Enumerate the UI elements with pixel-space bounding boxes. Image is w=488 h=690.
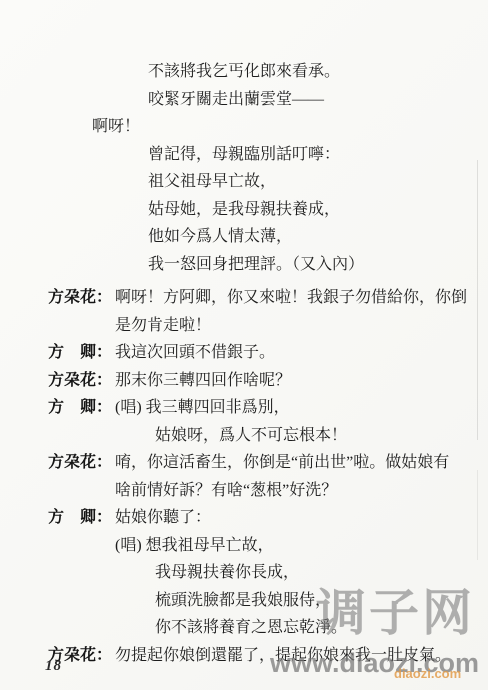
dialogue-text: 唷，你這活畜生，你倒是“前出世”啦。做姑娘有 [115, 449, 488, 477]
verse-line: 祖父祖母早亡故， [0, 168, 488, 196]
speaker-label: 方 卿： [48, 339, 115, 367]
watermark-brand-logo: 调子网 [316, 586, 475, 641]
script-line-speaker: 方朶花：唷，你這活畜生，你倒是“前出世”啦。做姑娘有 [0, 449, 488, 477]
dialogue-text: (唱) 我三轉四回非爲別， [115, 394, 488, 422]
script-line-speaker: 方朶花：那末你三轉四回作啥呢？ [0, 367, 488, 395]
verse-line: 姑母她，是我母親扶養成， [0, 196, 488, 224]
script-text-block: 不該將我乞丐化郎來看承。咬緊牙關走出蘭雲堂——啊呀！曾記得，母親臨別話叮嚀：祖父… [0, 58, 488, 669]
speaker-label: 方 卿： [48, 504, 115, 532]
verse-line: 曾記得，母親臨別話叮嚀： [0, 141, 488, 169]
continuation-line: 是勿肯走啦！ [0, 312, 488, 340]
speaker-label: 方朶花： [48, 284, 115, 312]
continuation-line: 我母親扶養你長成， [0, 559, 488, 587]
watermark-small-text: diaozi.com [394, 666, 461, 681]
script-line-speaker: 方 卿：姑娘你聽了： [0, 504, 488, 532]
speaker-label: 方 卿： [48, 394, 115, 422]
continuation-line: (唱) 想我祖母早亡故， [0, 532, 488, 560]
speaker-label: 方朶花： [48, 367, 115, 395]
dialogue-text: 啊呀！方阿卿，你又來啦！我銀子勿借給你，你倒 [115, 284, 488, 312]
dialogue-text: 姑娘你聽了： [115, 504, 488, 532]
continuation-line: 姑娘呀，爲人不可忘根本！ [0, 422, 488, 450]
dialogue-text: 我這次回頭不借銀子。 [115, 339, 488, 367]
scanned-book-page: 不該將我乞丐化郎來看承。咬緊牙關走出蘭雲堂——啊呀！曾記得，母親臨別話叮嚀：祖父… [0, 0, 488, 690]
verse-line: 他如今爲人情太薄， [0, 223, 488, 251]
verse-line: 咬緊牙關走出蘭雲堂—— [0, 86, 488, 114]
page-number: 18 [45, 658, 62, 675]
script-line-speaker: 方 卿：(唱) 我三轉四回非爲別， [0, 394, 488, 422]
script-line-speaker: 方朶花：啊呀！方阿卿，你又來啦！我銀子勿借給你，你倒 [0, 284, 488, 312]
verse-line: 我一怒回身把理評。（又入內） [0, 251, 488, 279]
verse-line: 不該將我乞丐化郎來看承。 [0, 58, 488, 86]
verse-line: 啊呀！ [0, 113, 488, 141]
dialogue-text: 那末你三轉四回作啥呢？ [115, 367, 488, 395]
speaker-label: 方朶花： [48, 449, 115, 477]
script-line-speaker: 方 卿：我這次回頭不借銀子。 [0, 339, 488, 367]
continuation-line: 啥前情好訴？有啥“葱根”好洗？ [0, 477, 488, 505]
